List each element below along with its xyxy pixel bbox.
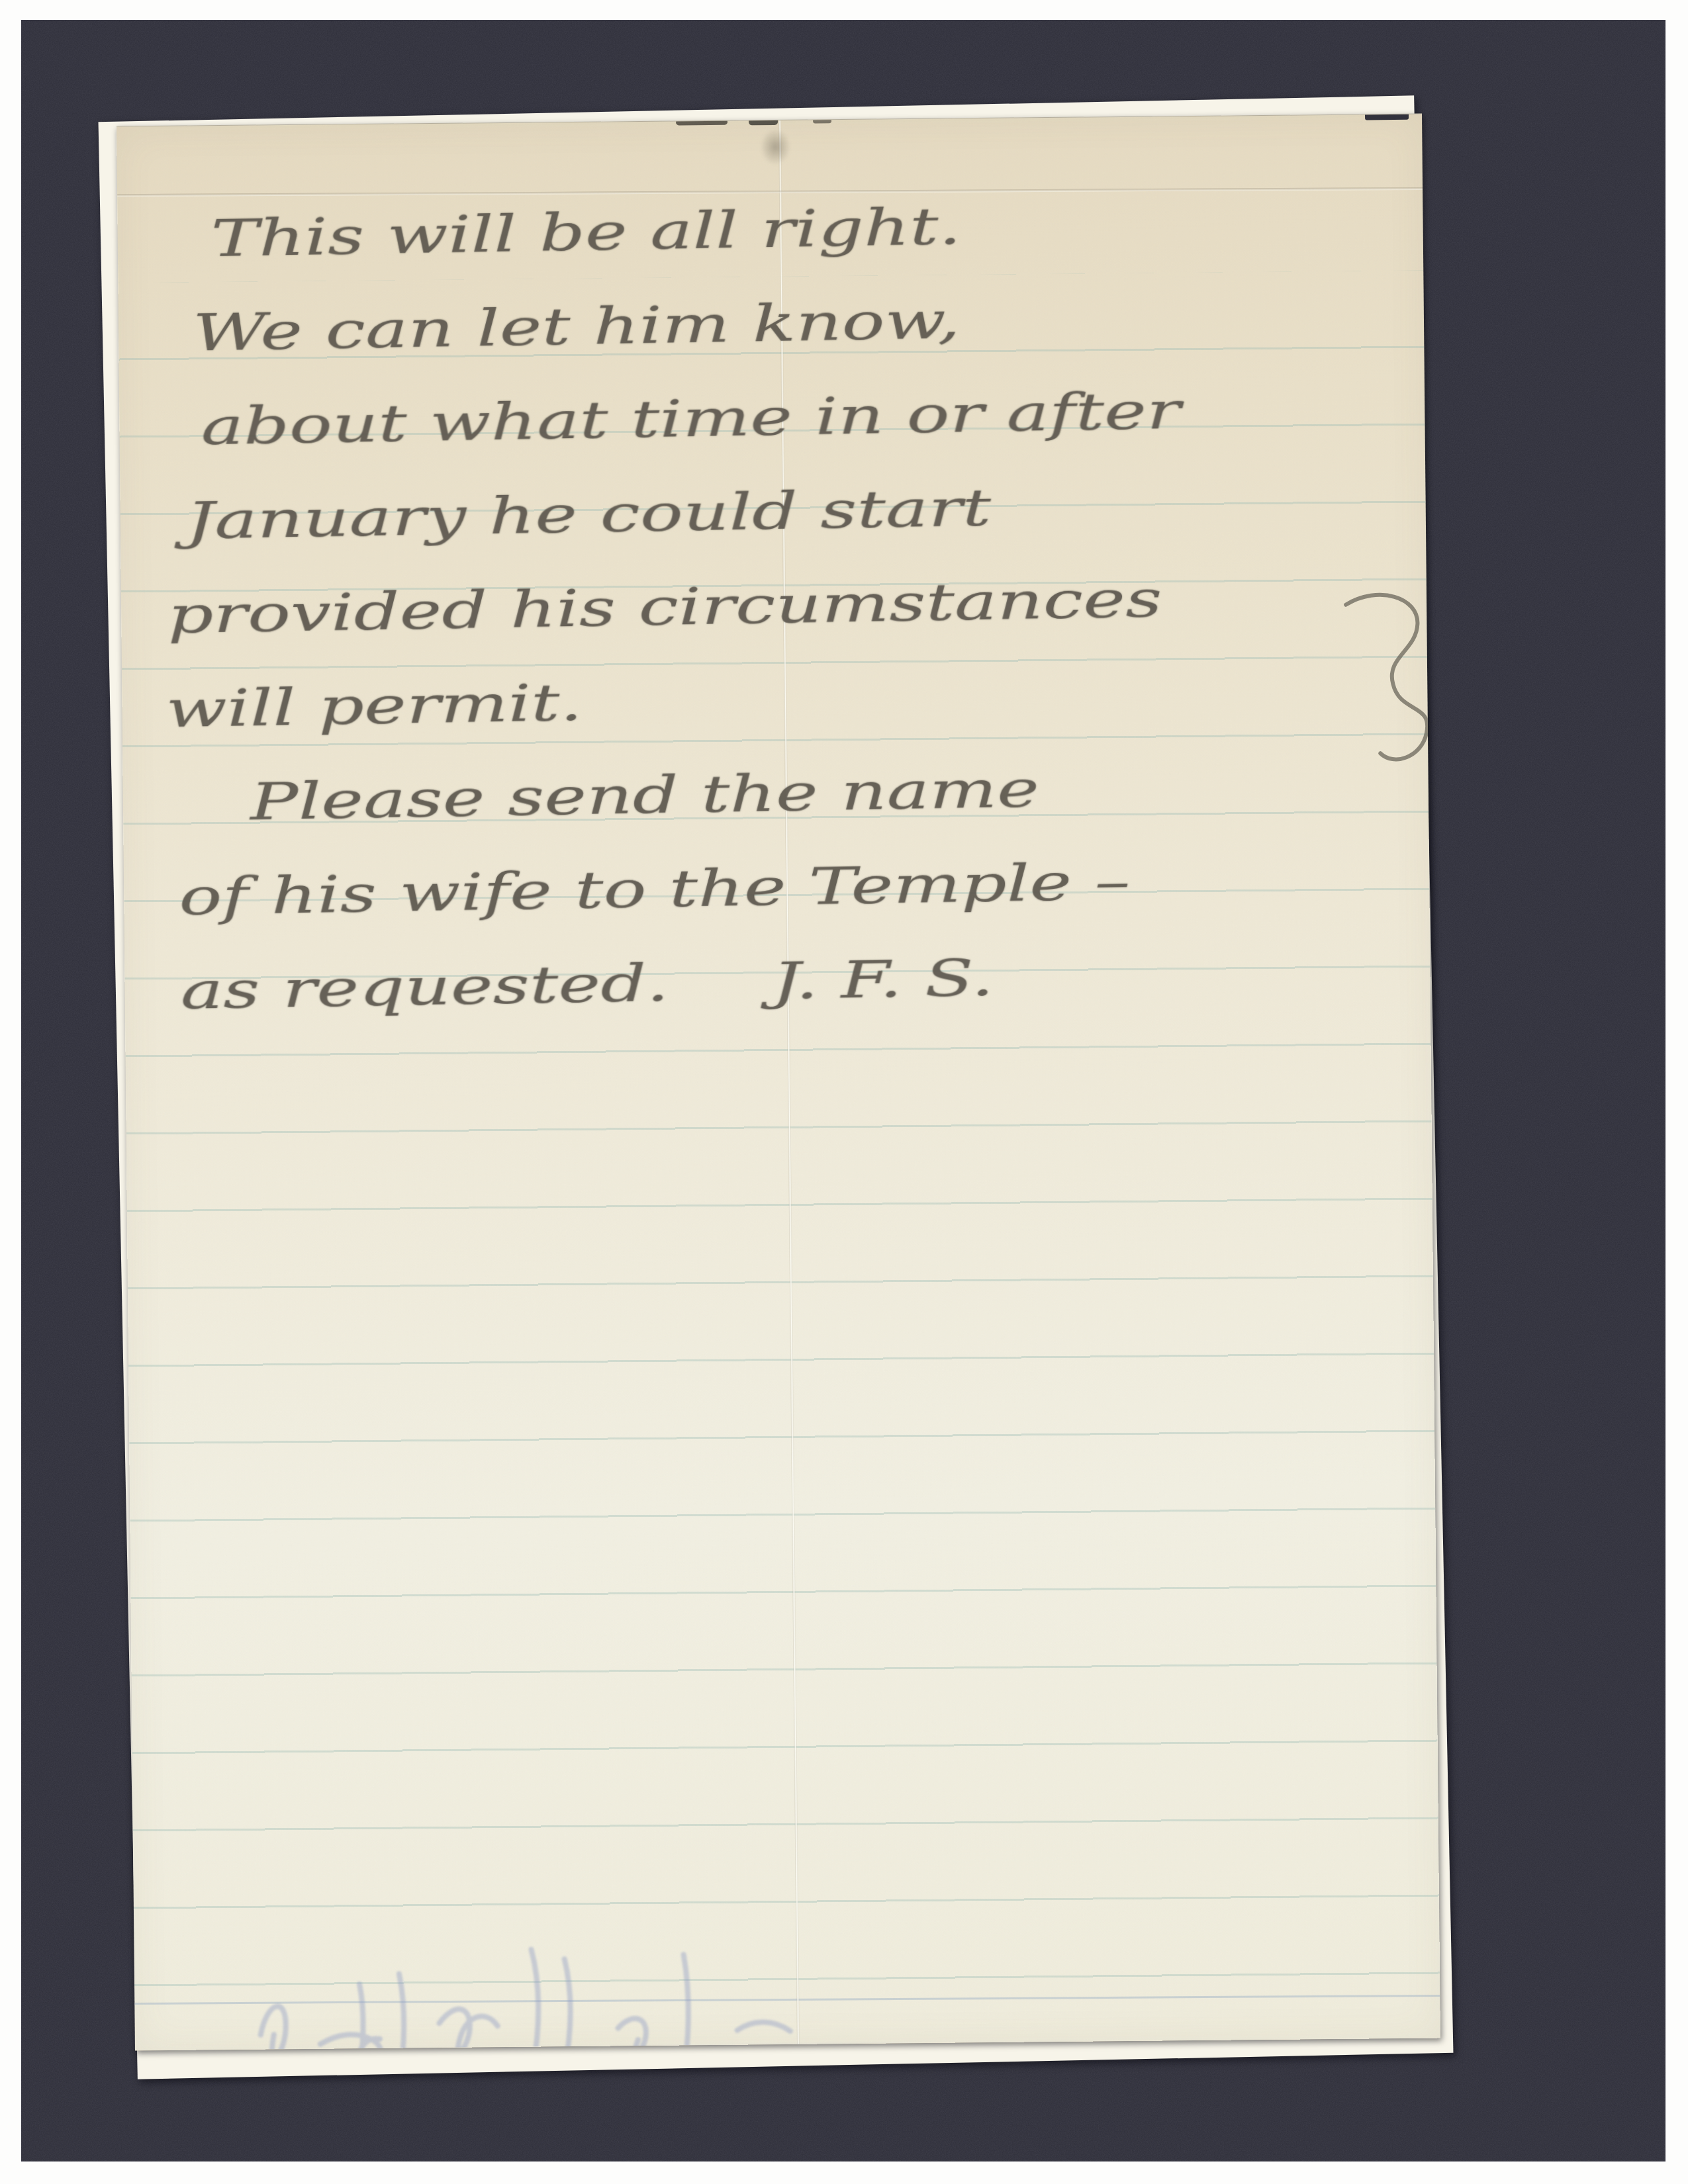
fold-top-smudge — [760, 128, 791, 165]
handwriting-line: will permit. — [165, 673, 583, 739]
handwriting-line: This will be all right. — [211, 197, 962, 268]
pencil-stroke-overflow — [1339, 577, 1440, 790]
signature-initials: J. F. S. — [772, 948, 994, 1011]
mat-background: This will be all right. We can let him k… — [21, 20, 1665, 2161]
closing-text: as requested. — [180, 954, 669, 1021]
letter-sheet: This will be all right. We can let him k… — [117, 114, 1440, 2051]
top-edge-chip — [1365, 114, 1409, 120]
horizontal-crease — [117, 187, 1423, 197]
scanned-letter-screenshot: This will be all right. We can let him k… — [0, 0, 1688, 2184]
ink-bleedthrough-marks — [160, 1905, 1023, 2051]
top-edge-smudge — [813, 118, 831, 123]
